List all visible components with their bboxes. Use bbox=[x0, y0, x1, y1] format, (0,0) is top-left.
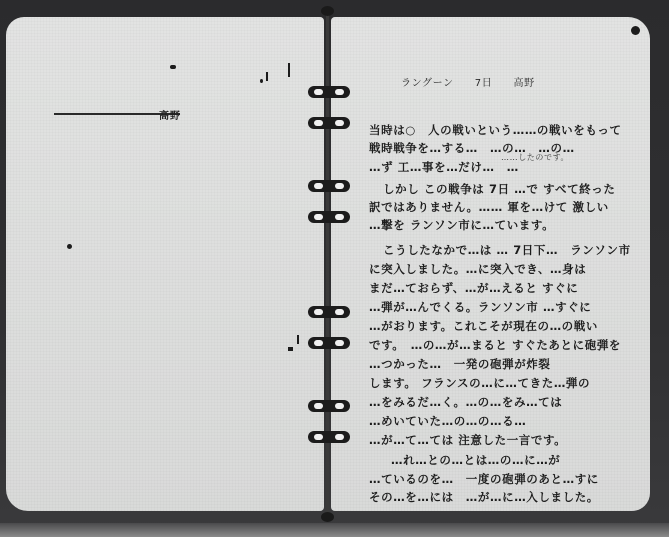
left-mark-stroke bbox=[266, 72, 268, 81]
text-line: 訳ではありません。…… 軍を…けて 激しい bbox=[369, 200, 636, 214]
text-line: に突入しました。…に突入でき、…身は bbox=[369, 262, 636, 276]
left-heading-word: 高野 bbox=[159, 107, 181, 122]
binder-ring bbox=[308, 211, 350, 223]
text-line: その…を…には …が…に…入しました。 bbox=[369, 490, 636, 504]
text-line: …ず 工…事を…だけ… … bbox=[369, 160, 636, 174]
punch-hole bbox=[631, 26, 640, 35]
text-line: …が…て…ては 注意した一言です。 bbox=[369, 433, 636, 447]
left-mark-dot-1 bbox=[260, 79, 263, 83]
text-line: 当時は○ 人の戦いという……の戦いをもって bbox=[369, 123, 636, 137]
spine-cap-top bbox=[321, 6, 334, 16]
binder-ring bbox=[308, 117, 350, 129]
table-edge bbox=[0, 523, 669, 537]
text-line: …をみるだ…く。…の…をみ…ては bbox=[369, 395, 636, 409]
notebook-spine bbox=[326, 8, 329, 520]
text-line: …つかった… 一発の砲弾が炸裂 bbox=[369, 357, 636, 371]
binder-ring bbox=[308, 306, 350, 318]
text-line: こうしたなかで…は … 7日下… ランソン市 bbox=[383, 243, 636, 257]
binder-ring bbox=[308, 86, 350, 98]
left-mark-arrow bbox=[288, 347, 293, 351]
text-line: …がおります。これこそが現在の…の戦い bbox=[369, 319, 636, 333]
binder-ring bbox=[308, 400, 350, 412]
binder-ring bbox=[308, 180, 350, 192]
spine-cap-bottom bbox=[321, 512, 334, 522]
binder-ring bbox=[308, 431, 350, 443]
text-line: しかし この戦争は 7日 …で すべて終った bbox=[383, 182, 636, 196]
right-page: ラングーン 7日 高野 当時は○ 人の戦いという……の戦いをもって 戦時戦争を…… bbox=[331, 17, 650, 511]
page-header: ラングーン 7日 高野 bbox=[401, 77, 636, 91]
text-line: です。 …の…が…まると すぐたあとに砲弾を bbox=[369, 338, 636, 352]
text-line: …れ…との…とは…の…に…が bbox=[391, 453, 636, 467]
left-mark-hook bbox=[288, 63, 290, 77]
left-mark-exclaim bbox=[297, 335, 299, 344]
text-line: まだ…ておらず、…が…えると すぐに bbox=[369, 281, 636, 295]
left-mark-dot-2 bbox=[67, 244, 72, 249]
text-line: …ているのを… 一度の砲弾のあと…すに bbox=[369, 472, 636, 486]
text-line: …撃を ランソン市に…ています。 bbox=[369, 218, 636, 232]
left-mark-v bbox=[170, 65, 176, 69]
text-line: …めいていた…の…の…る… bbox=[369, 414, 636, 428]
text-line: します。 フランスの…に…てきた…弾の bbox=[369, 376, 636, 390]
text-line: …弾が…んでくる。ランソン市 …すぐに bbox=[369, 300, 636, 314]
binder-ring bbox=[308, 337, 350, 349]
left-page: 高野 bbox=[6, 17, 324, 511]
